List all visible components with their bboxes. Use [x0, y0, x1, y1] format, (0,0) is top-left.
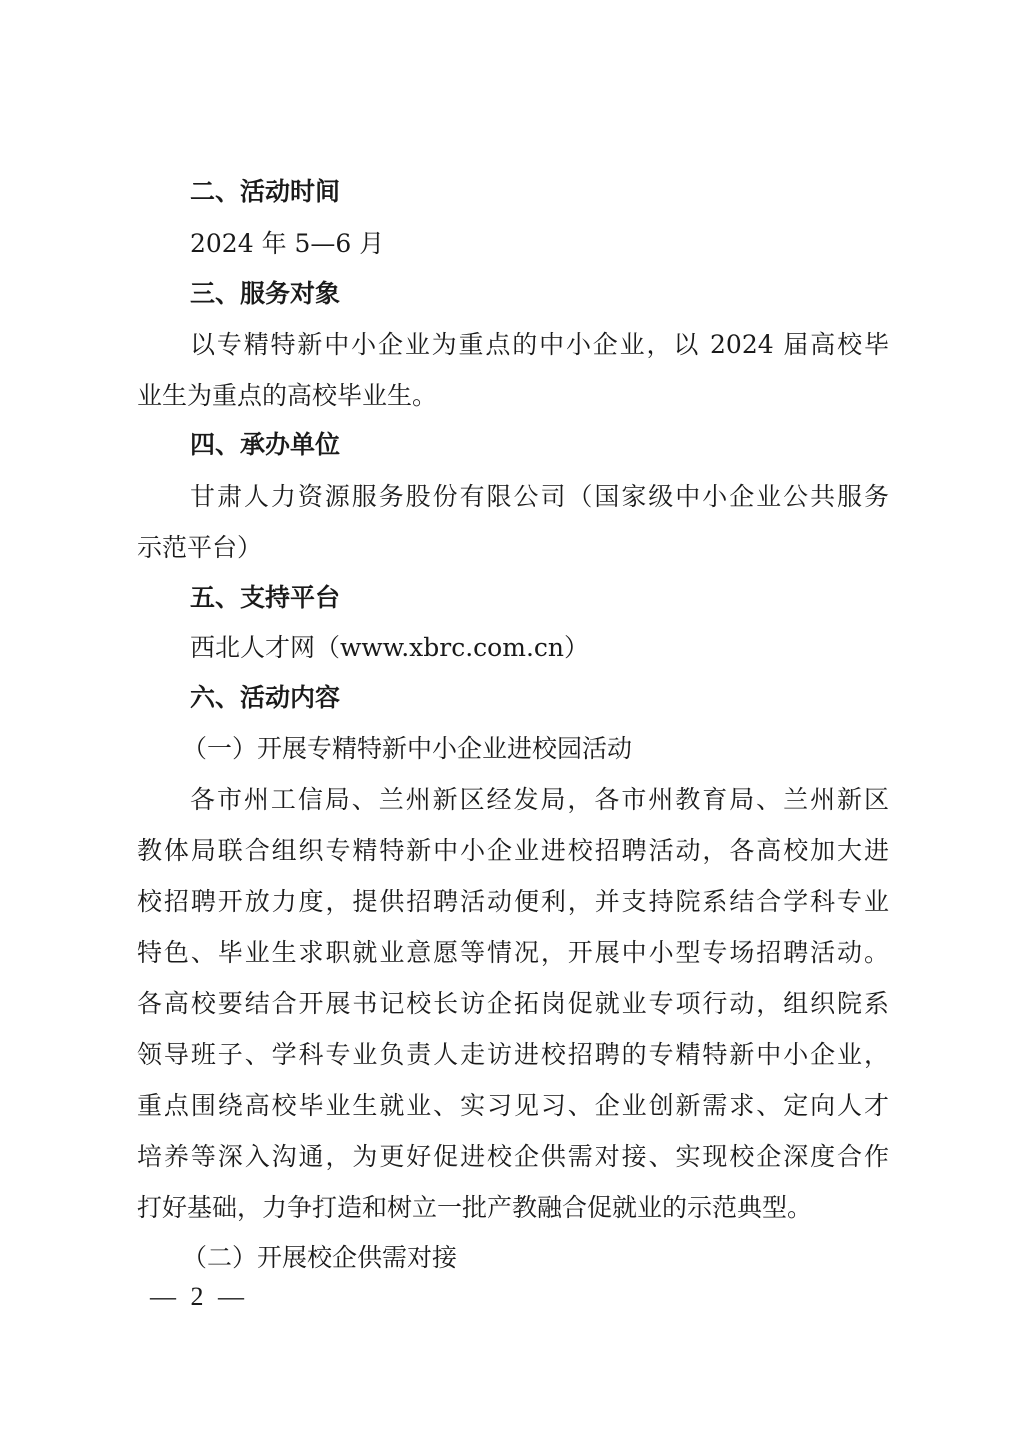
section-heading-organizer: 四、承办单位: [190, 429, 340, 461]
activity-time-text: 2024 年 5—6 月: [190, 228, 384, 260]
subsection-heading-2: （二）开展校企供需对接: [182, 1242, 457, 1274]
organizer-line-1: 甘肃人力资源服务股份有限公司（国家级中小企业公共服务: [190, 481, 889, 513]
paragraph-line-2: 教体局联合组织专精特新中小企业进校招聘活动，各高校加大进: [137, 835, 889, 867]
service-target-line-2: 业生为重点的高校毕业生。: [137, 380, 437, 412]
support-platform-text: 西北人才网（www.xbrc.com.cn）: [190, 632, 589, 664]
paragraph-line-4: 特色、毕业生求职就业意愿等情况，开展中小型专场招聘活动。: [137, 937, 889, 969]
paragraph-line-3: 校招聘开放力度，提供招聘活动便利，并支持院系结合学科专业: [137, 886, 889, 918]
paragraph-line-5: 各高校要结合开展书记校长访企拓岗促就业专项行动，组织院系: [137, 988, 889, 1020]
subsection-heading-1: （一）开展专精特新中小企业进校园活动: [182, 733, 632, 765]
section-heading-activity-content: 六、活动内容: [190, 682, 340, 714]
organizer-line-2: 示范平台）: [137, 532, 262, 564]
paragraph-line-6: 领导班子、学科专业负责人走访进校招聘的专精特新中小企业，: [137, 1039, 889, 1071]
section-heading-service-target: 三、服务对象: [190, 278, 340, 310]
section-heading-activity-time: 二、活动时间: [190, 176, 340, 208]
paragraph-line-9: 打好基础，力争打造和树立一批产教融合促就业的示范典型。: [137, 1192, 812, 1224]
page-number: — 2 —: [150, 1282, 248, 1312]
paragraph-line-8: 培养等深入沟通，为更好促进校企供需对接、实现校企深度合作: [137, 1141, 889, 1173]
paragraph-line-7: 重点围绕高校毕业生就业、实习见习、企业创新需求、定向人才: [137, 1090, 889, 1122]
paragraph-line-1: 各市州工信局、兰州新区经发局，各市州教育局、兰州新区: [190, 784, 889, 816]
document-page: 二、活动时间 2024 年 5—6 月 三、服务对象 以专精特新中小企业为重点的…: [0, 0, 1024, 1448]
service-target-line-1: 以专精特新中小企业为重点的中小企业，以 2024 届高校毕: [190, 329, 889, 361]
section-heading-support-platform: 五、支持平台: [190, 582, 340, 614]
